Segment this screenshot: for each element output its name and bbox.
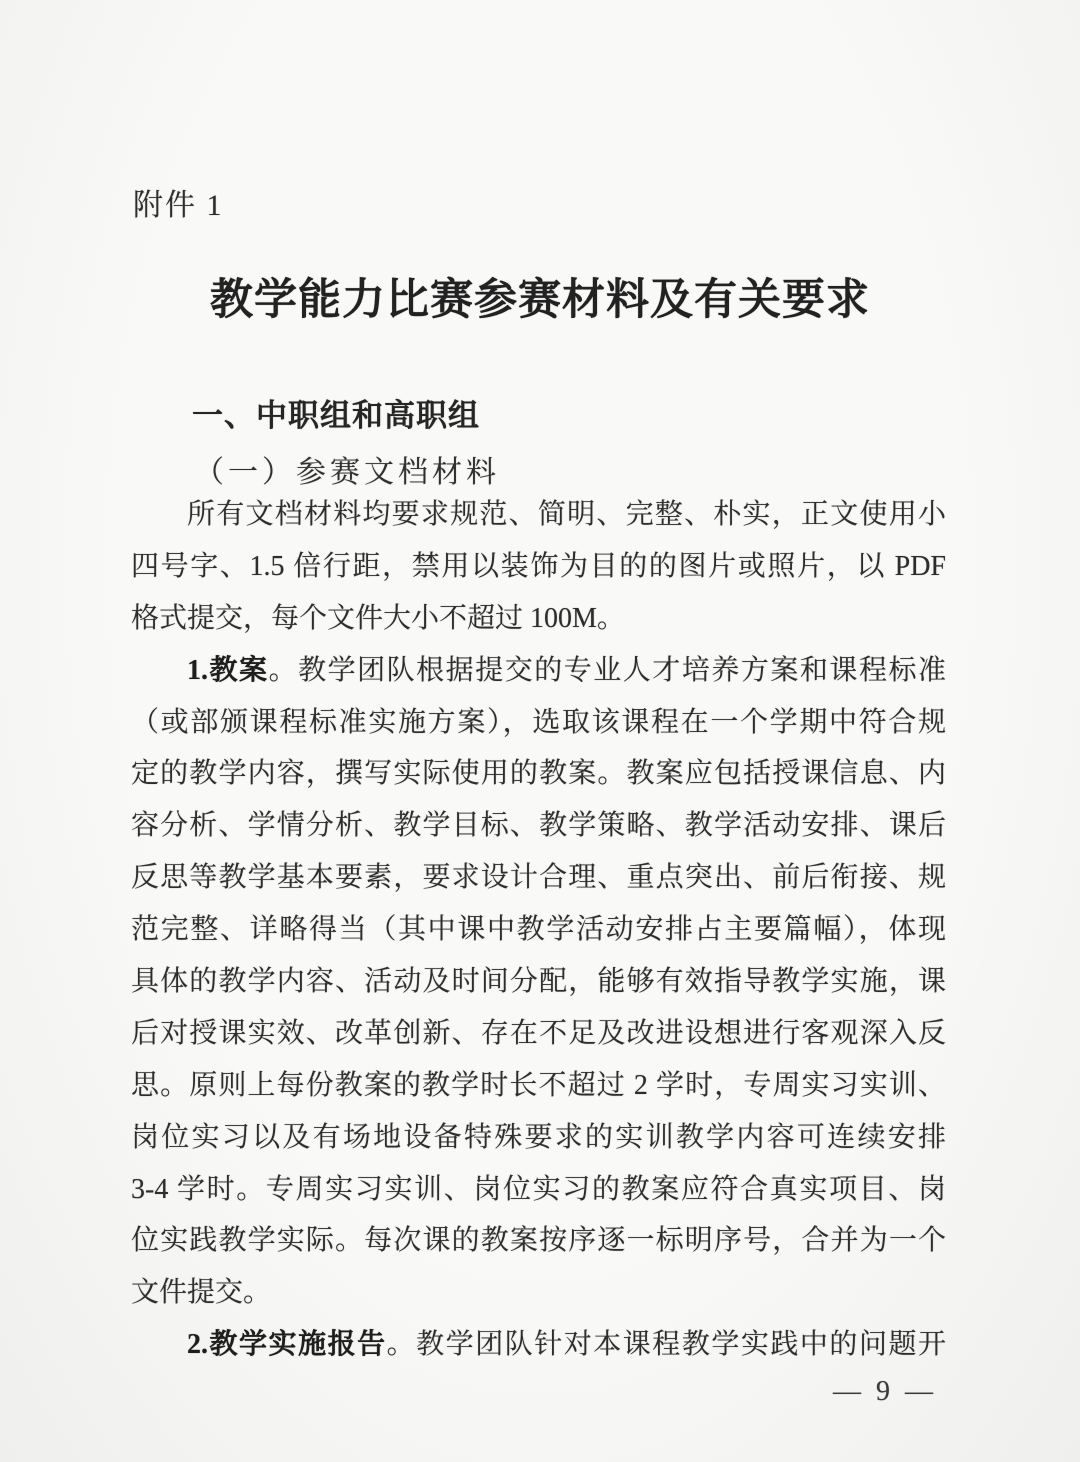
paragraph-lead-rest: 。教学团队针对本课程教学实践中的问题开 — [387, 1329, 946, 1360]
body-line: 思。原则上每份教案的教学时长不超过 2 学时，专周实习实训、 — [131, 1060, 946, 1112]
body-line: 所有文档材料均要求规范、简明、完整、朴实，正文使用小 — [131, 489, 946, 541]
document-body: 所有文档材料均要求规范、简明、完整、朴实，正文使用小 四号字、1.5 倍行距，禁… — [131, 489, 946, 1371]
body-line: 具体的教学内容、活动及时间分配，能够有效指导教学实施，课 — [131, 956, 946, 1008]
body-line: 容分析、学情分析、教学目标、教学策略、教学活动安排、课后 — [131, 800, 946, 852]
body-line: 2.教学实施报告。教学团队针对本课程教学实践中的问题开 — [131, 1319, 946, 1371]
body-line: 3-4 学时。专周实习实训、岗位实习的教案应符合真实项目、岗 — [131, 1164, 946, 1216]
document-page: 附件 1 教学能力比赛参赛材料及有关要求 一、中职组和高职组 （一）参赛文档材料… — [0, 0, 1080, 1462]
body-line: 岗位实习以及有场地设备特殊要求的实训教学内容可连续安排 — [131, 1112, 946, 1164]
body-line: 范完整、详略得当（其中课中教学活动安排占主要篇幅），体现 — [131, 904, 946, 956]
body-line: 定的教学内容，撰写实际使用的教案。教案应包括授课信息、内 — [131, 748, 946, 800]
body-line: 文件提交。 — [131, 1267, 946, 1319]
attachment-label: 附件 1 — [133, 180, 224, 224]
body-line: 1.教案。教学团队根据提交的专业人才培养方案和课程标准 — [131, 645, 946, 697]
body-line: 后对授课实效、改革创新、存在不足及改进设想进行客观深入反 — [131, 1008, 946, 1060]
document-title: 教学能力比赛参赛材料及有关要求 — [0, 266, 1080, 327]
paragraph-lead-bold: 1.教案 — [187, 655, 269, 686]
body-line: 四号字、1.5 倍行距，禁用以装饰为目的的图片或照片，以 PDF — [131, 541, 946, 593]
subsection-heading: （一）参赛文档材料 — [194, 447, 500, 491]
page-number: — 9 — — [833, 1376, 937, 1408]
section-heading: 一、中职组和高职组 — [192, 390, 480, 435]
body-line: （或部颁课程标准实施方案），选取该课程在一个学期中符合规 — [131, 697, 946, 749]
paragraph-lead-bold: 2.教学实施报告 — [187, 1329, 387, 1360]
body-line: 反思等教学基本要素，要求设计合理、重点突出、前后衔接、规 — [131, 852, 946, 904]
body-line: 位实践教学实际。每次课的教案按序逐一标明序号，合并为一个 — [131, 1215, 946, 1267]
body-line: 格式提交，每个文件大小不超过 100M。 — [131, 593, 946, 645]
paragraph-lead-rest: 。教学团队根据提交的专业人才培养方案和课程标准 — [269, 655, 946, 686]
